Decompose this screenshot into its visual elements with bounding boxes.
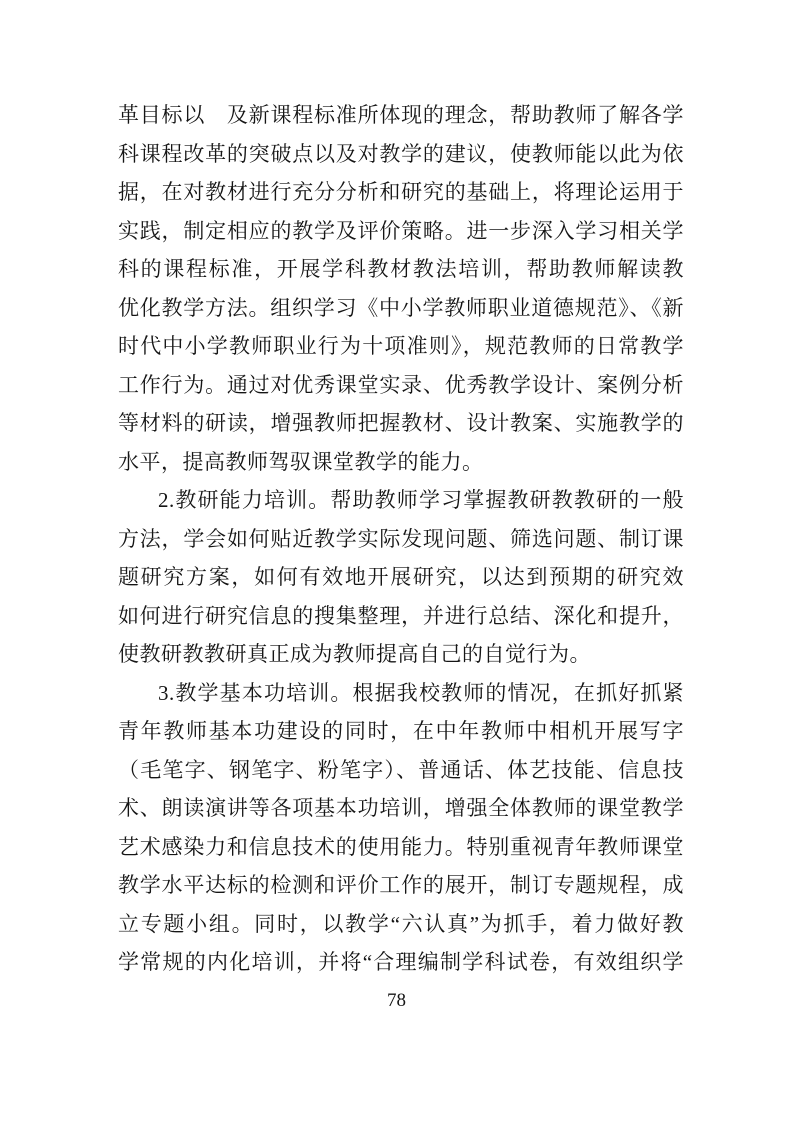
text-line: 学常规的内化培训，并将“合理编制学科试卷，有效组织学 (118, 943, 684, 982)
text-line: 科课程改革的突破点以及对教学的建议，使教师能以此为依 (118, 135, 684, 174)
text-line: 革目标以 及新课程标准所体现的理念，帮助教师了解各学 (118, 96, 684, 135)
text-line: 使教研教教研真正成为教师提高自己的自觉行为。 (118, 635, 684, 674)
text-line: （毛笔字、钢笔字、粉笔字）、普通话、体艺技能、信息技 (118, 751, 684, 790)
text-line: 术、朗读演讲等各项基本功培训，增强全体教师的课堂教学 (118, 789, 684, 828)
text-line: 优化教学方法。组织学习《中小学教师职业道德规范》、《新 (118, 289, 684, 328)
text-line: 教学水平达标的检测和评价工作的展开，制订专题规程，成 (118, 866, 684, 905)
page-number: 78 (0, 988, 793, 1014)
text-line: 工作行为。通过对优秀课堂实录、优秀教学设计、案例分析 (118, 366, 684, 405)
text-line: 水平，提高教师驾驭课堂教学的能力。 (118, 443, 684, 482)
text-line: 科的课程标准，开展学科教材教法培训，帮助教师解读教材， (118, 250, 684, 289)
text-line: 如何进行研究信息的搜集整理，并进行总结、深化和提升， (118, 597, 684, 636)
paragraph-1: 革目标以 及新课程标准所体现的理念，帮助教师了解各学科课程改革的突破点以及对教学… (118, 96, 684, 481)
text-line: 实践，制定相应的教学及评价策略。进一步深入学习相关学 (118, 212, 684, 251)
text-line: 据，在对教材进行充分分析和研究的基础上，将理论运用于 (118, 173, 684, 212)
text-line: 艺术感染力和信息技术的使用能力。特别重视青年教师课堂 (118, 828, 684, 867)
text-line: 2.教研能力培训。帮助教师学习掌握教研教教研的一般 (118, 481, 684, 520)
text-line: 时代中小学教师职业行为十项准则》，规范教师的日常教学 (118, 327, 684, 366)
text-line: 方法，学会如何贴近教学实际发现问题、筛选问题、制订课 (118, 520, 684, 559)
text-line: 3.教学基本功培训。根据我校教师的情况，在抓好抓紧 (118, 674, 684, 713)
paragraph-2: 2.教研能力培训。帮助教师学习掌握教研教教研的一般方法，学会如何贴近教学实际发现… (118, 481, 684, 674)
text-line: 立专题小组。同时，以教学“六认真”为抓手，着力做好教 (118, 905, 684, 944)
paragraph-3: 3.教学基本功培训。根据我校教师的情况，在抓好抓紧青年教师基本功建设的同时，在中… (118, 674, 684, 982)
text-line: 等材料的研读，增强教师把握教材、设计教案、实施教学的 (118, 404, 684, 443)
document-page: 革目标以 及新课程标准所体现的理念，帮助教师了解各学科课程改革的突破点以及对教学… (0, 0, 793, 1122)
text-line: 青年教师基本功建设的同时，在中年教师中相机开展写字 (118, 712, 684, 751)
text-line: 题研究方案，如何有效地开展研究，以达到预期的研究效果， (118, 558, 684, 597)
text-block: 革目标以 及新课程标准所体现的理念，帮助教师了解各学科课程改革的突破点以及对教学… (118, 96, 684, 982)
